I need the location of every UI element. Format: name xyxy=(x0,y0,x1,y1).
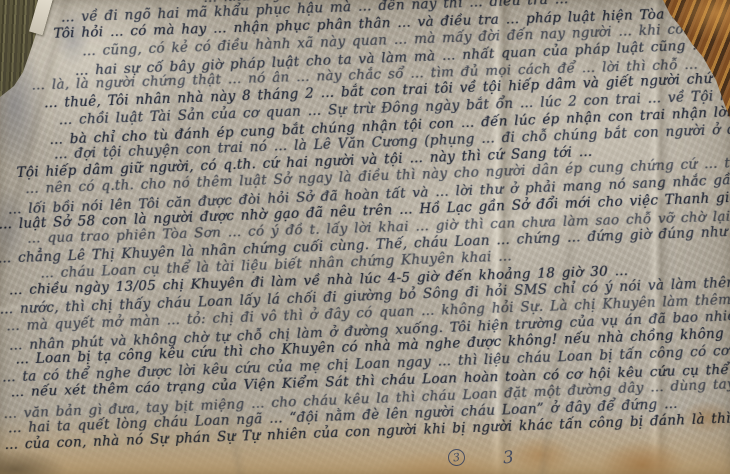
letter-paper: … nhà này tù Tuất gì thế … đại với chuyệ… xyxy=(0,0,730,474)
photo-of-handwritten-letter: … nhà này tù Tuất gì thế … đại với chuyệ… xyxy=(0,0,730,474)
page-number: 3 xyxy=(502,447,515,468)
handwritten-text-block: … nhà này tù Tuất gì thế … đại với chuyệ… xyxy=(0,0,730,455)
circled-page-number: 3 xyxy=(447,448,466,467)
